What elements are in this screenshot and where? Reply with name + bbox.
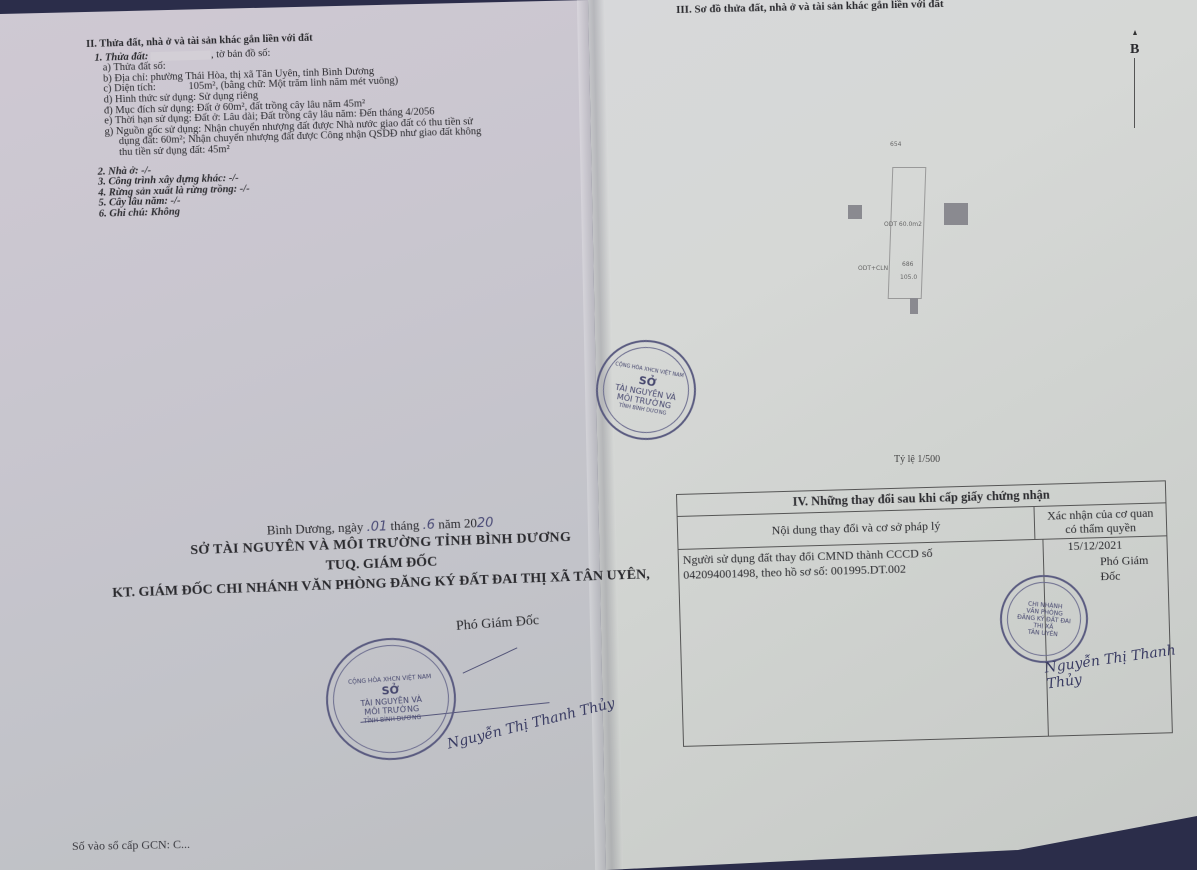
change-entry: Người sử dụng đất thay đổi CMND thành CC… — [679, 540, 1049, 746]
redacted-block — [151, 50, 211, 61]
redacted-block — [944, 203, 968, 225]
gcn-register-number: Số vào sổ cấp GCN: C... — [72, 837, 190, 854]
north-arrow: B — [1128, 30, 1142, 102]
redacted-block — [848, 205, 862, 219]
changes-table-row: Người sử dụng đất thay đổi CMND thành CC… — [679, 536, 1172, 746]
arrow-up-icon — [1133, 30, 1137, 35]
changes-table: IV. Những thay đổi sau khi cấp giấy chứn… — [676, 480, 1173, 747]
section-2-land-info: II. Thửa đất, nhà ở và tài sản khác gắn … — [86, 25, 611, 220]
redacted-block — [910, 298, 918, 314]
col-authority-confirmation: Xác nhận của cơ quan có thẩm quyền — [1035, 503, 1167, 539]
map-scale: Tỷ lệ 1/500 — [894, 454, 940, 465]
parcel-diagram: 654 ODT 60.0m2 ODT+CLN 686 105.0 — [840, 135, 990, 325]
